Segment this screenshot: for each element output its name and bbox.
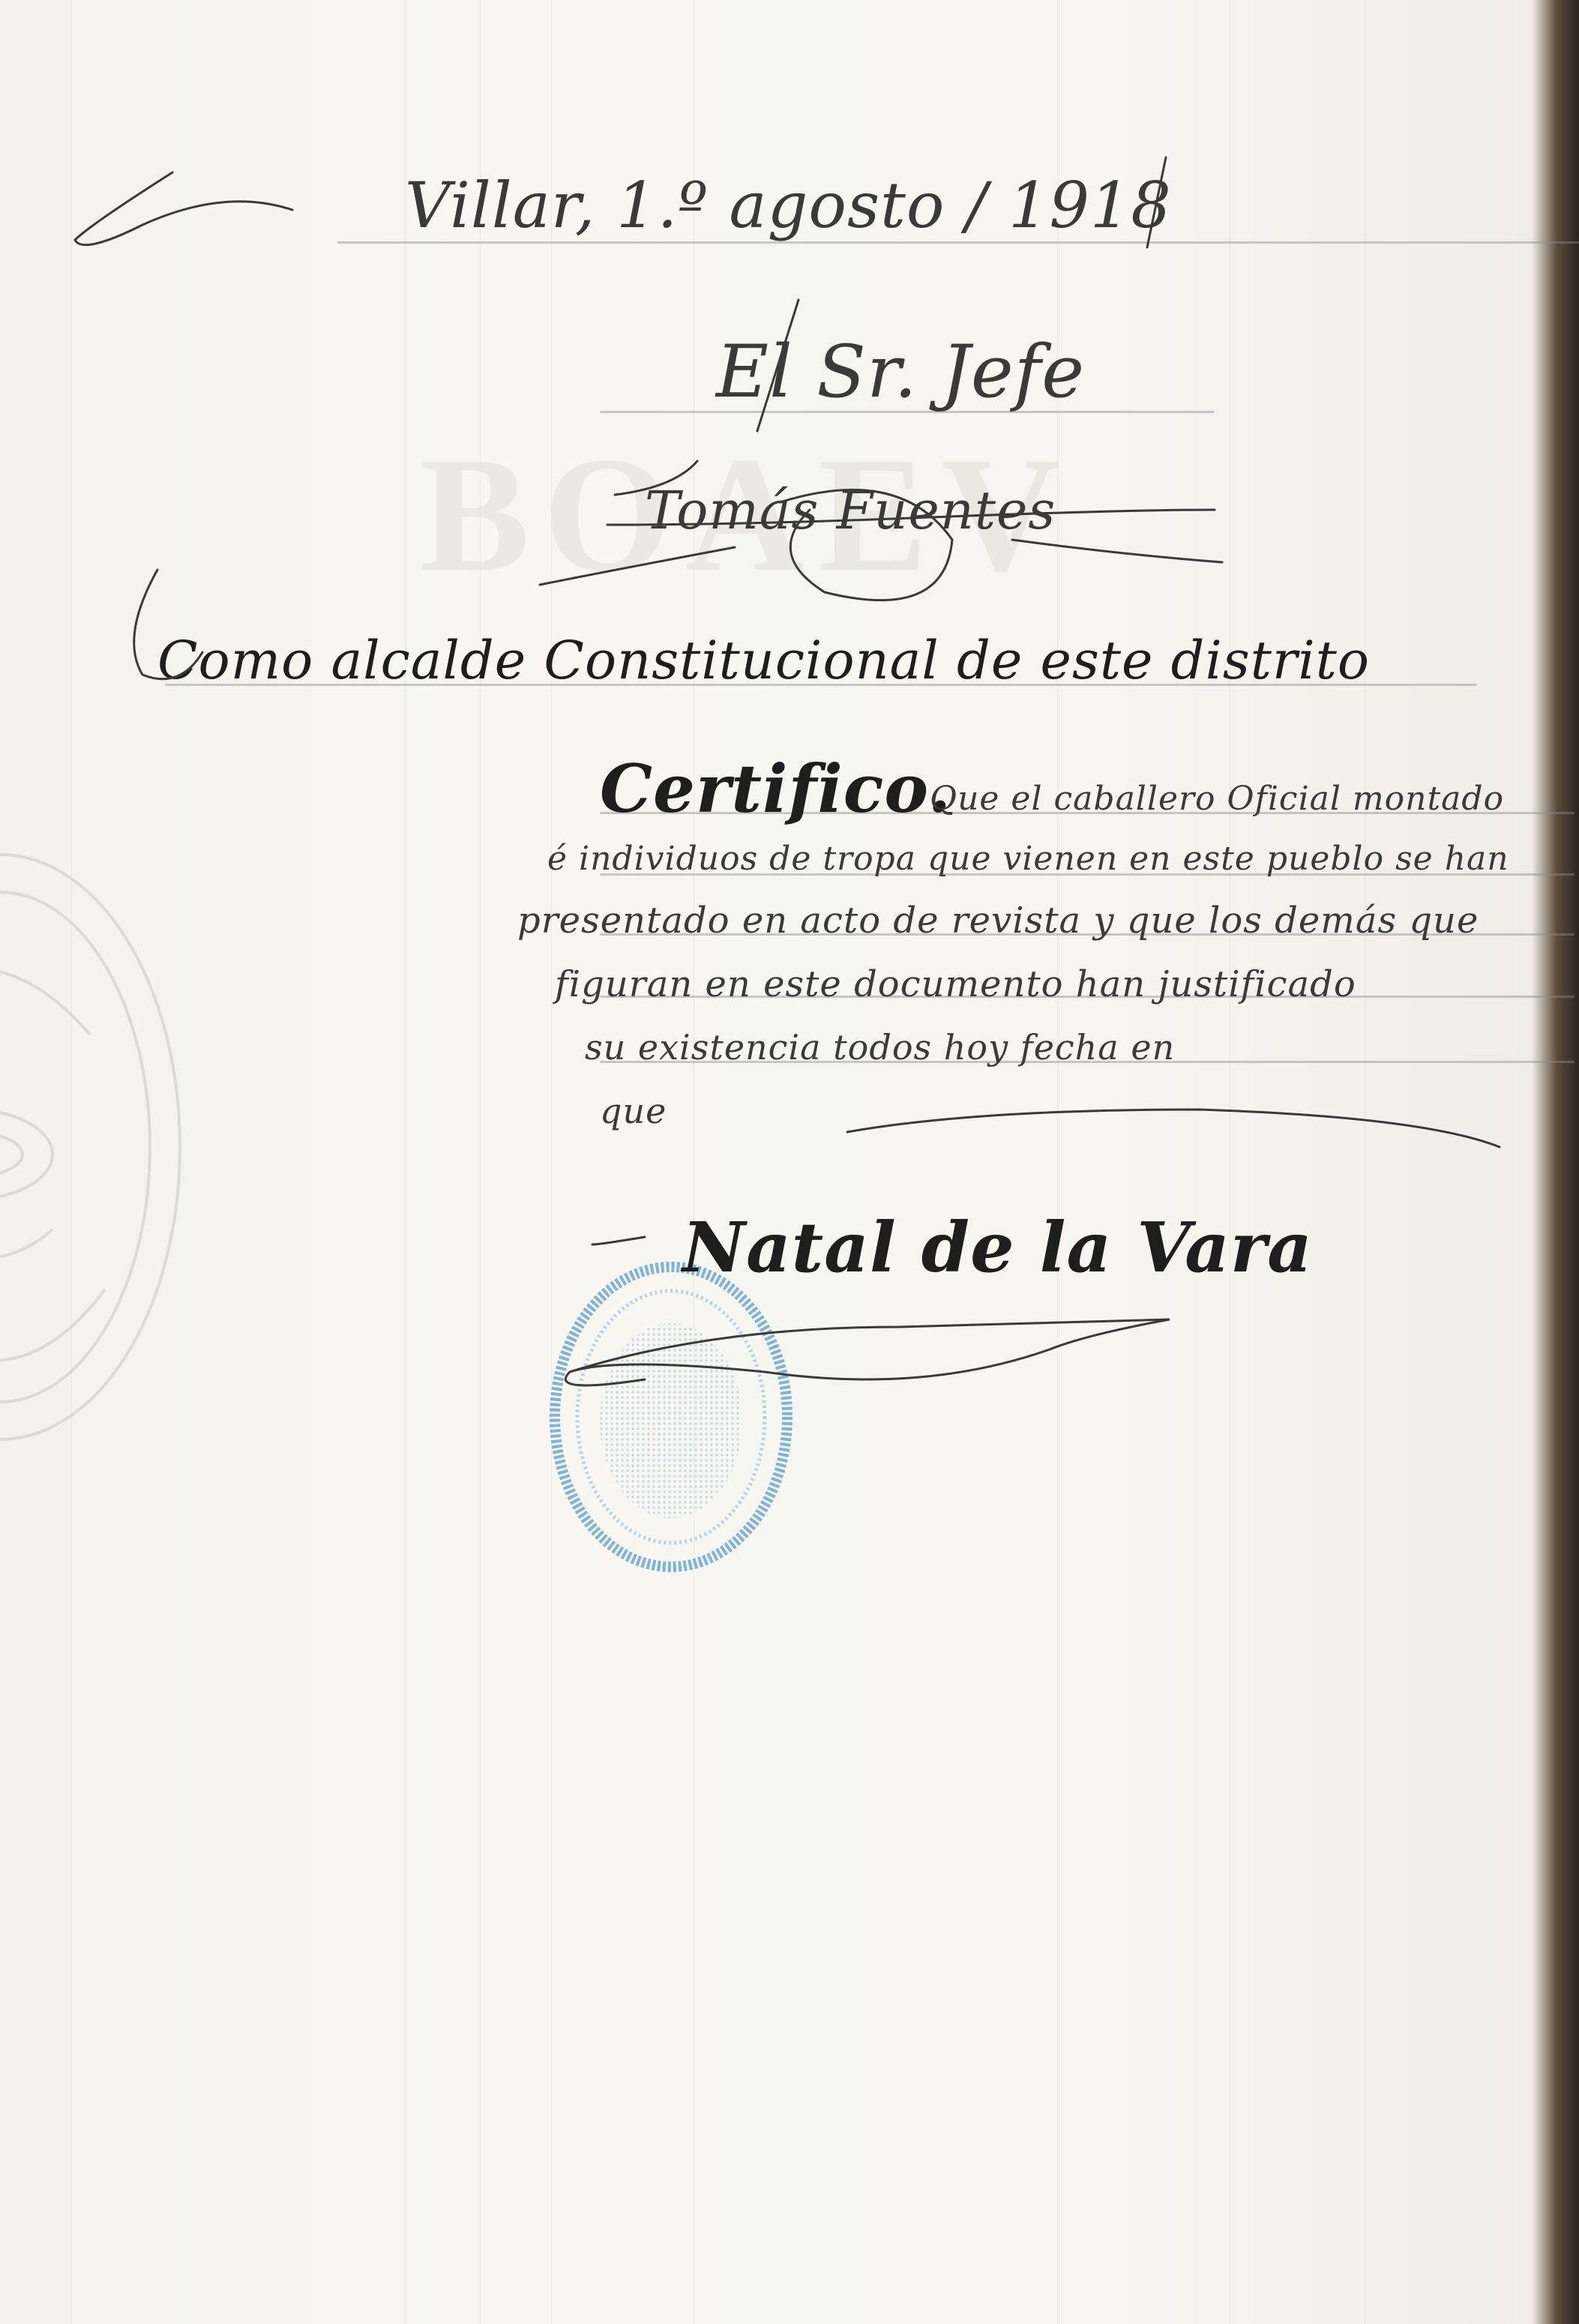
body-line: é individuos de tropa que vienen en este… [547, 840, 1509, 878]
top-signature: Tomás Fuentes [645, 480, 1056, 541]
paper-chain-line [1230, 0, 1230, 2324]
official-stamp [547, 1259, 795, 1574]
body-line: su existencia todos hoy fecha en [585, 1027, 1175, 1068]
paper-chain-line [551, 0, 552, 2324]
opening-line: Como alcalde Constitucional de este dist… [157, 630, 1370, 691]
body-line: figuran en este documento han justificad… [555, 963, 1356, 1005]
document-page: BOAEV Villar, 1.º agosto / 1918 El Sr. J… [0, 0, 1579, 2324]
ornamental-seal-watermark [0, 840, 195, 1454]
paper-chain-line [480, 0, 481, 2324]
paper-chain-line [694, 0, 694, 2324]
mayor-signature: Natal de la Vara [682, 1207, 1313, 1288]
body-line: Que el caballero Oficial montado [930, 780, 1504, 818]
place-date-line: Villar, 1.º agosto / 1918 [405, 169, 1172, 242]
paper-chain-line [405, 0, 406, 2324]
body-line: presentado en acto de revista y que los … [517, 900, 1479, 942]
body-line: que [600, 1091, 667, 1131]
salutation: El Sr. Jefe [716, 330, 1085, 414]
certifico-heading: Certifico. [600, 750, 951, 828]
paper-chain-line [1365, 0, 1365, 2324]
